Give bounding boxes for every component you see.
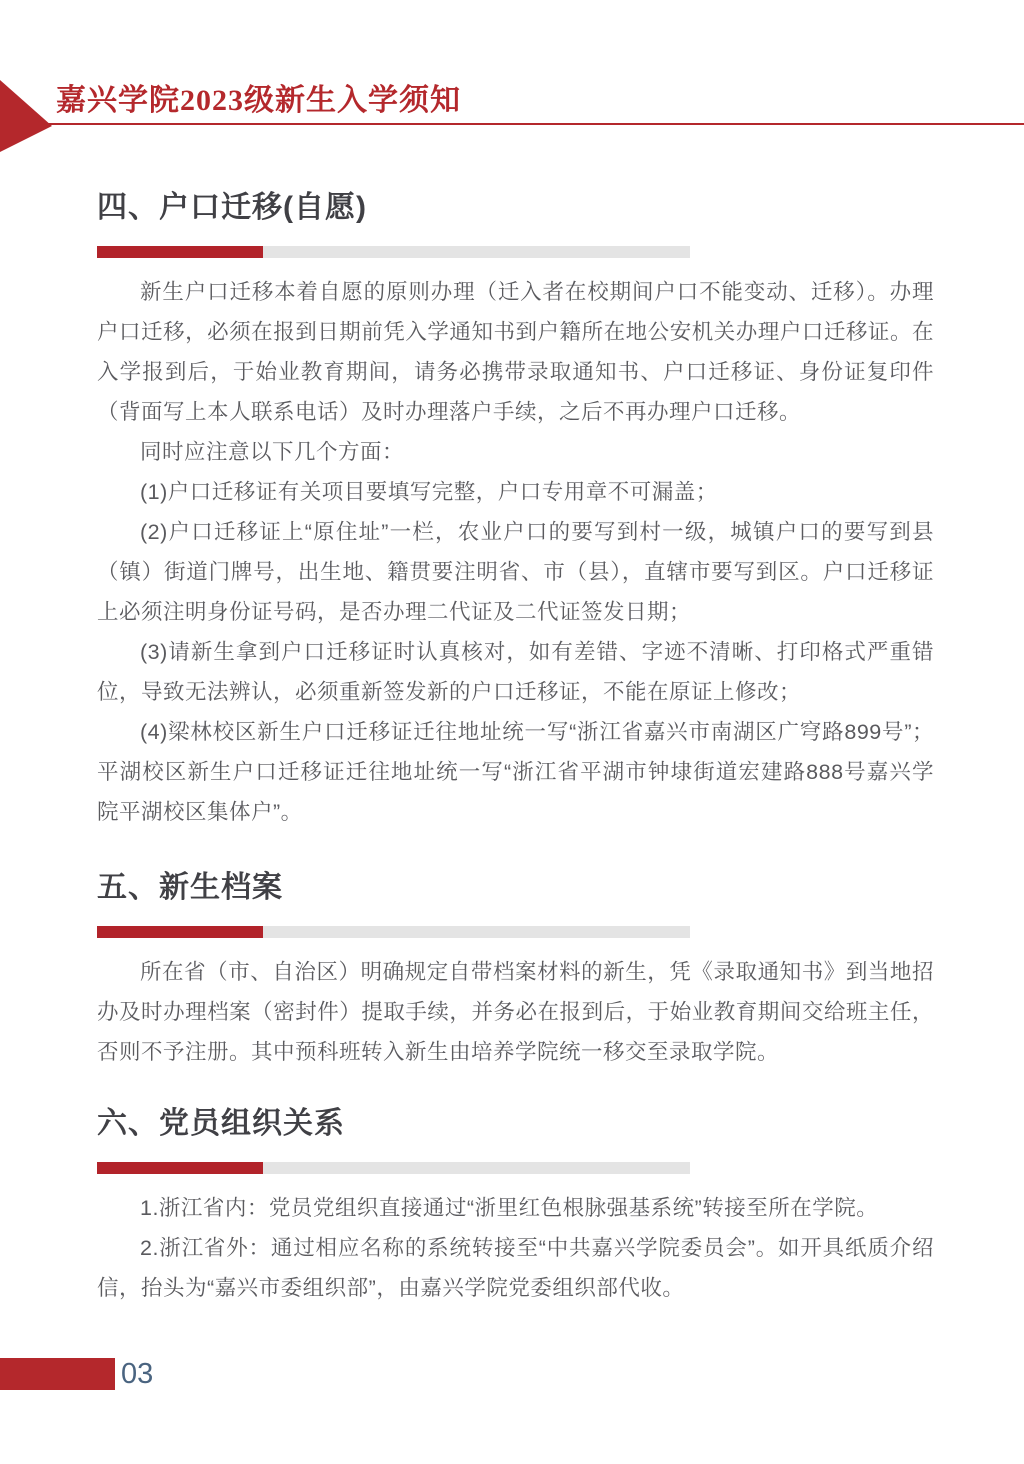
header-arrow-icon [0,80,52,152]
section-party-membership: 六、党员组织关系 1.浙江省内：党员党组织直接通过“浙里红色根脉强基系统”转接至… [97,1106,934,1308]
paragraph: 所在省（市、自治区）明确规定自带档案材料的新生，凭《录取通知书》到当地招办及时办… [97,952,934,1072]
section-body: 新生户口迁移本着自愿的原则办理（迁入者在校期间户口不能变动、迁移）。办理户口迁移… [97,272,934,832]
section-body: 所在省（市、自治区）明确规定自带档案材料的新生，凭《录取通知书》到当地招办及时办… [97,952,934,1072]
section-accent-bar-red [97,1162,263,1174]
section-heading: 五、新生档案 [97,870,934,906]
section-heading: 六、党员组织关系 [97,1106,934,1142]
section-accent-bar [97,1162,690,1174]
page-title: 嘉兴学院2023级新生入学须知 [56,84,461,118]
section-accent-bar [97,246,690,258]
paragraph: (2)户口迁移证上“原住址”一栏，农业户口的要写到村一级，城镇户口的要写到县（镇… [97,512,934,632]
document-page: 嘉兴学院2023级新生入学须知 四、户口迁移(自愿) 新生户口迁移本着自愿的原则… [0,0,1024,1464]
section-accent-bar-red [97,926,263,938]
paragraph: 同时应注意以下几个方面： [97,432,934,472]
section-accent-bar [97,926,690,938]
paragraph: (1)户口迁移证有关项目要填写完整，户口专用章不可漏盖； [97,472,934,512]
header-divider [40,123,1024,125]
paragraph: (4)梁林校区新生户口迁移证迁往地址统一写“浙江省嘉兴市南湖区广穹路899号”；… [97,712,934,832]
page-number: 03 [121,1358,153,1390]
section-hukou-migration: 四、户口迁移(自愿) 新生户口迁移本着自愿的原则办理（迁入者在校期间户口不能变动… [97,190,934,832]
section-accent-bar-red [97,246,263,258]
section-student-files: 五、新生档案 所在省（市、自治区）明确规定自带档案材料的新生，凭《录取通知书》到… [97,870,934,1072]
section-body: 1.浙江省内：党员党组织直接通过“浙里红色根脉强基系统”转接至所在学院。 2.浙… [97,1188,934,1308]
paragraph: 1.浙江省内：党员党组织直接通过“浙里红色根脉强基系统”转接至所在学院。 [97,1188,934,1228]
page-header: 嘉兴学院2023级新生入学须知 [0,0,1024,150]
paragraph: 2.浙江省外：通过相应名称的系统转接至“中共嘉兴学院委员会”。如开具纸质介绍信，… [97,1228,934,1308]
footer-accent-block [0,1358,115,1390]
paragraph: (3)请新生拿到户口迁移证时认真核对，如有差错、字迹不清晰、打印格式严重错位，导… [97,632,934,712]
page-content: 四、户口迁移(自愿) 新生户口迁移本着自愿的原则办理（迁入者在校期间户口不能变动… [0,190,1024,1308]
paragraph: 新生户口迁移本着自愿的原则办理（迁入者在校期间户口不能变动、迁移）。办理户口迁移… [97,272,934,432]
section-heading: 四、户口迁移(自愿) [97,190,934,226]
